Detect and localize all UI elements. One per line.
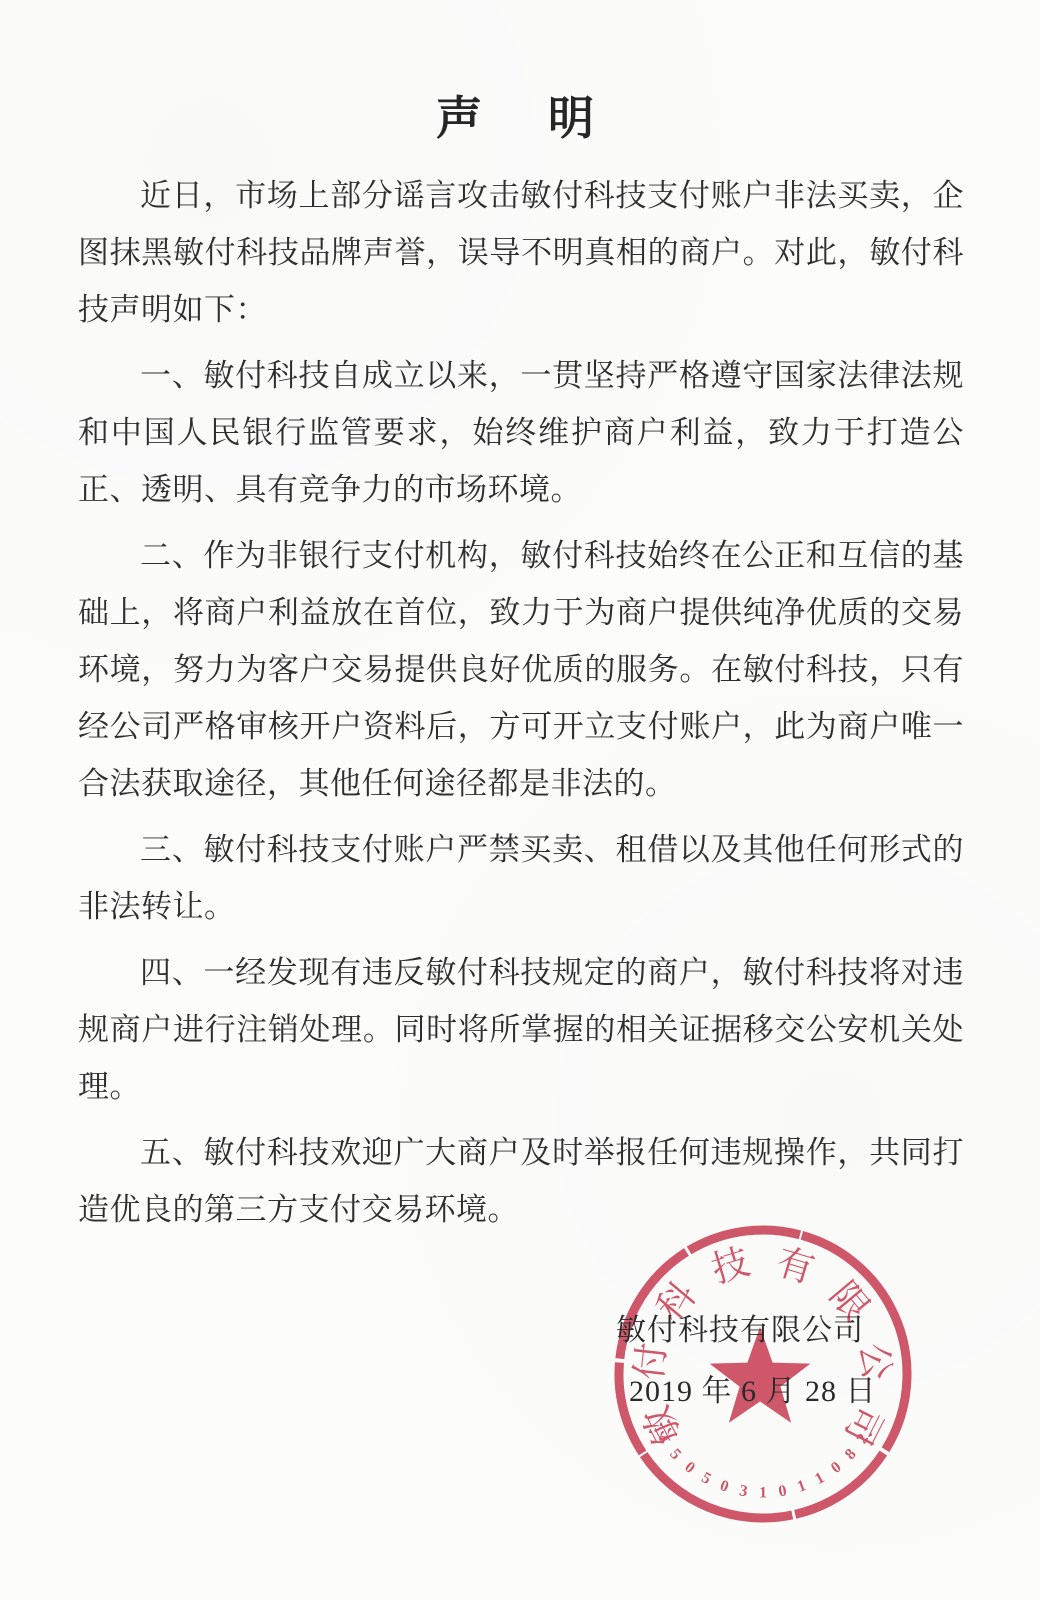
seal-serial-digit: 3 [738,1482,749,1500]
seal-serial-digit: 0 [718,1477,731,1496]
signature-date: 2019 年 6 月 28 日 [629,1366,877,1410]
seal-serial-digit: 1 [759,1485,767,1502]
seal-serial-digit: 5 [666,1446,684,1463]
signature-company-name: 敏付科技有限公司 [616,1305,864,1349]
document-page: 声 明 近日，市场上部分谣言攻击敏付科技支付账户非法买卖，企图抹黑敏付科技品牌声… [0,0,1040,1600]
seal-arc-char: 技 [707,1241,755,1292]
clause-4-paragraph: 四、一经发现有违反敏付科技规定的商户，敏付科技将对违规商户进行注销处理。同时将所… [78,944,964,1115]
seal-serial-digit: 0 [777,1482,788,1500]
intro-paragraph: 近日，市场上部分谣言攻击敏付科技支付账户非法买卖，企图抹黑敏付科技品牌声誉，误导… [78,167,964,338]
seal-arc-char: 有 [772,1241,820,1292]
clause-1-paragraph: 一、敏付科技自成立以来，一贯坚持严格遵守国家法律法规和中国人民银行监管要求，始终… [78,347,964,518]
clause-3-paragraph: 三、敏付科技支付账户严禁买卖、租借以及其他任何形式的非法转让。 [78,821,964,935]
seal-serial-digit: 1 [795,1477,808,1496]
seal-serial-digit: 1 [812,1469,827,1488]
seal-serial-digit: 5 [699,1469,714,1488]
seal-serial-digit: 0 [681,1459,698,1477]
document-body: 近日，市场上部分谣言攻击敏付科技支付账户非法买卖，企图抹黑敏付科技品牌声誉，误导… [78,167,964,1247]
document-title: 声 明 [0,92,1040,144]
seal-serial-digit: 0 [828,1459,845,1477]
seal-serial-digit: 8 [842,1446,860,1463]
clause-2-paragraph: 二、作为非银行支付机构，敏付科技始终在公正和互信的基础上，将商户利益放在首位，致… [78,527,964,812]
